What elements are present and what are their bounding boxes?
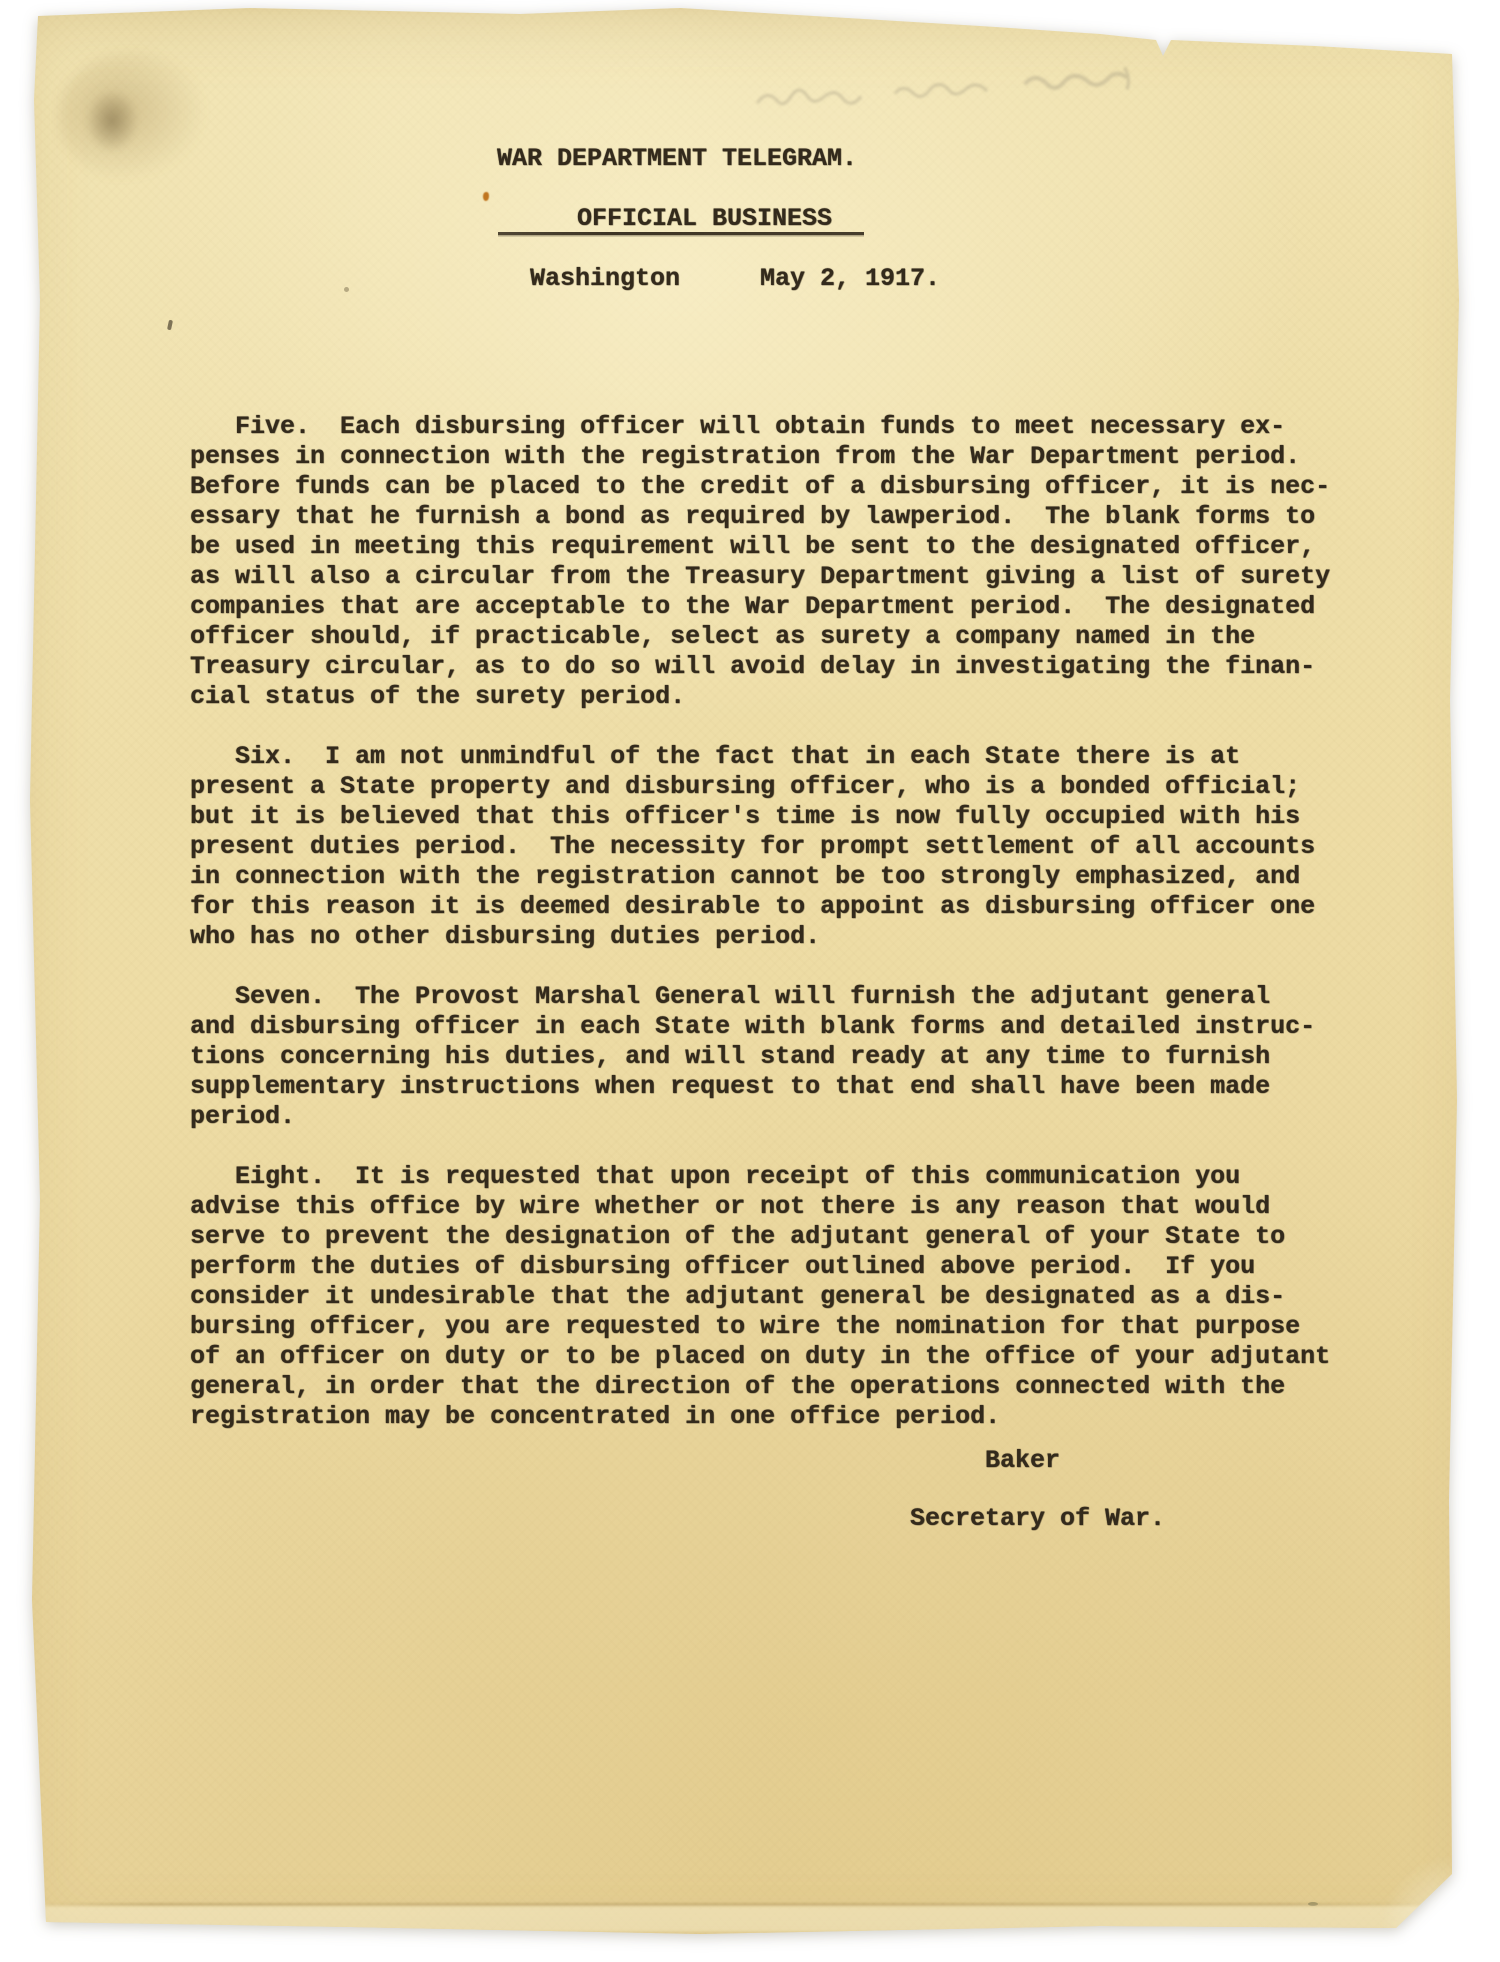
paragraph-five: Five. Each disbursing officer will obtai… — [190, 412, 1390, 712]
ink-speck — [344, 287, 349, 292]
signature-name: Baker — [985, 1446, 1060, 1476]
corner-highlight — [1380, 1855, 1470, 1945]
page-shadow: WAR DEPARTMENT TELEGRAM. OFFICIAL BUSINE… — [0, 0, 1500, 1962]
paper-stain — [58, 52, 208, 182]
scan-background: WAR DEPARTMENT TELEGRAM. OFFICIAL BUSINE… — [0, 0, 1500, 1962]
paragraph-eight: Eight. It is requested that upon receipt… — [190, 1162, 1390, 1432]
document-page: WAR DEPARTMENT TELEGRAM. OFFICIAL BUSINE… — [0, 0, 1500, 1962]
dateline-place: Washington — [530, 264, 680, 294]
ink-fleck — [483, 192, 489, 201]
signature-title: Secretary of War. — [910, 1504, 1165, 1534]
paragraph-six: Six. I am not unmindful of the fact that… — [190, 742, 1390, 952]
paragraph-seven: Seven. The Provost Marshal General will … — [190, 982, 1390, 1132]
dateline-date: May 2, 1917. — [760, 264, 940, 294]
fold-light-band — [34, 1906, 1434, 1932]
subtitle-underline — [498, 232, 864, 235]
corner-smudge — [86, 90, 138, 152]
document-title: WAR DEPARTMENT TELEGRAM. — [497, 144, 857, 174]
ink-speck — [167, 320, 173, 331]
document-subtitle: OFFICIAL BUSINESS — [577, 204, 832, 234]
faint-pencil-annotation — [744, 53, 1166, 128]
